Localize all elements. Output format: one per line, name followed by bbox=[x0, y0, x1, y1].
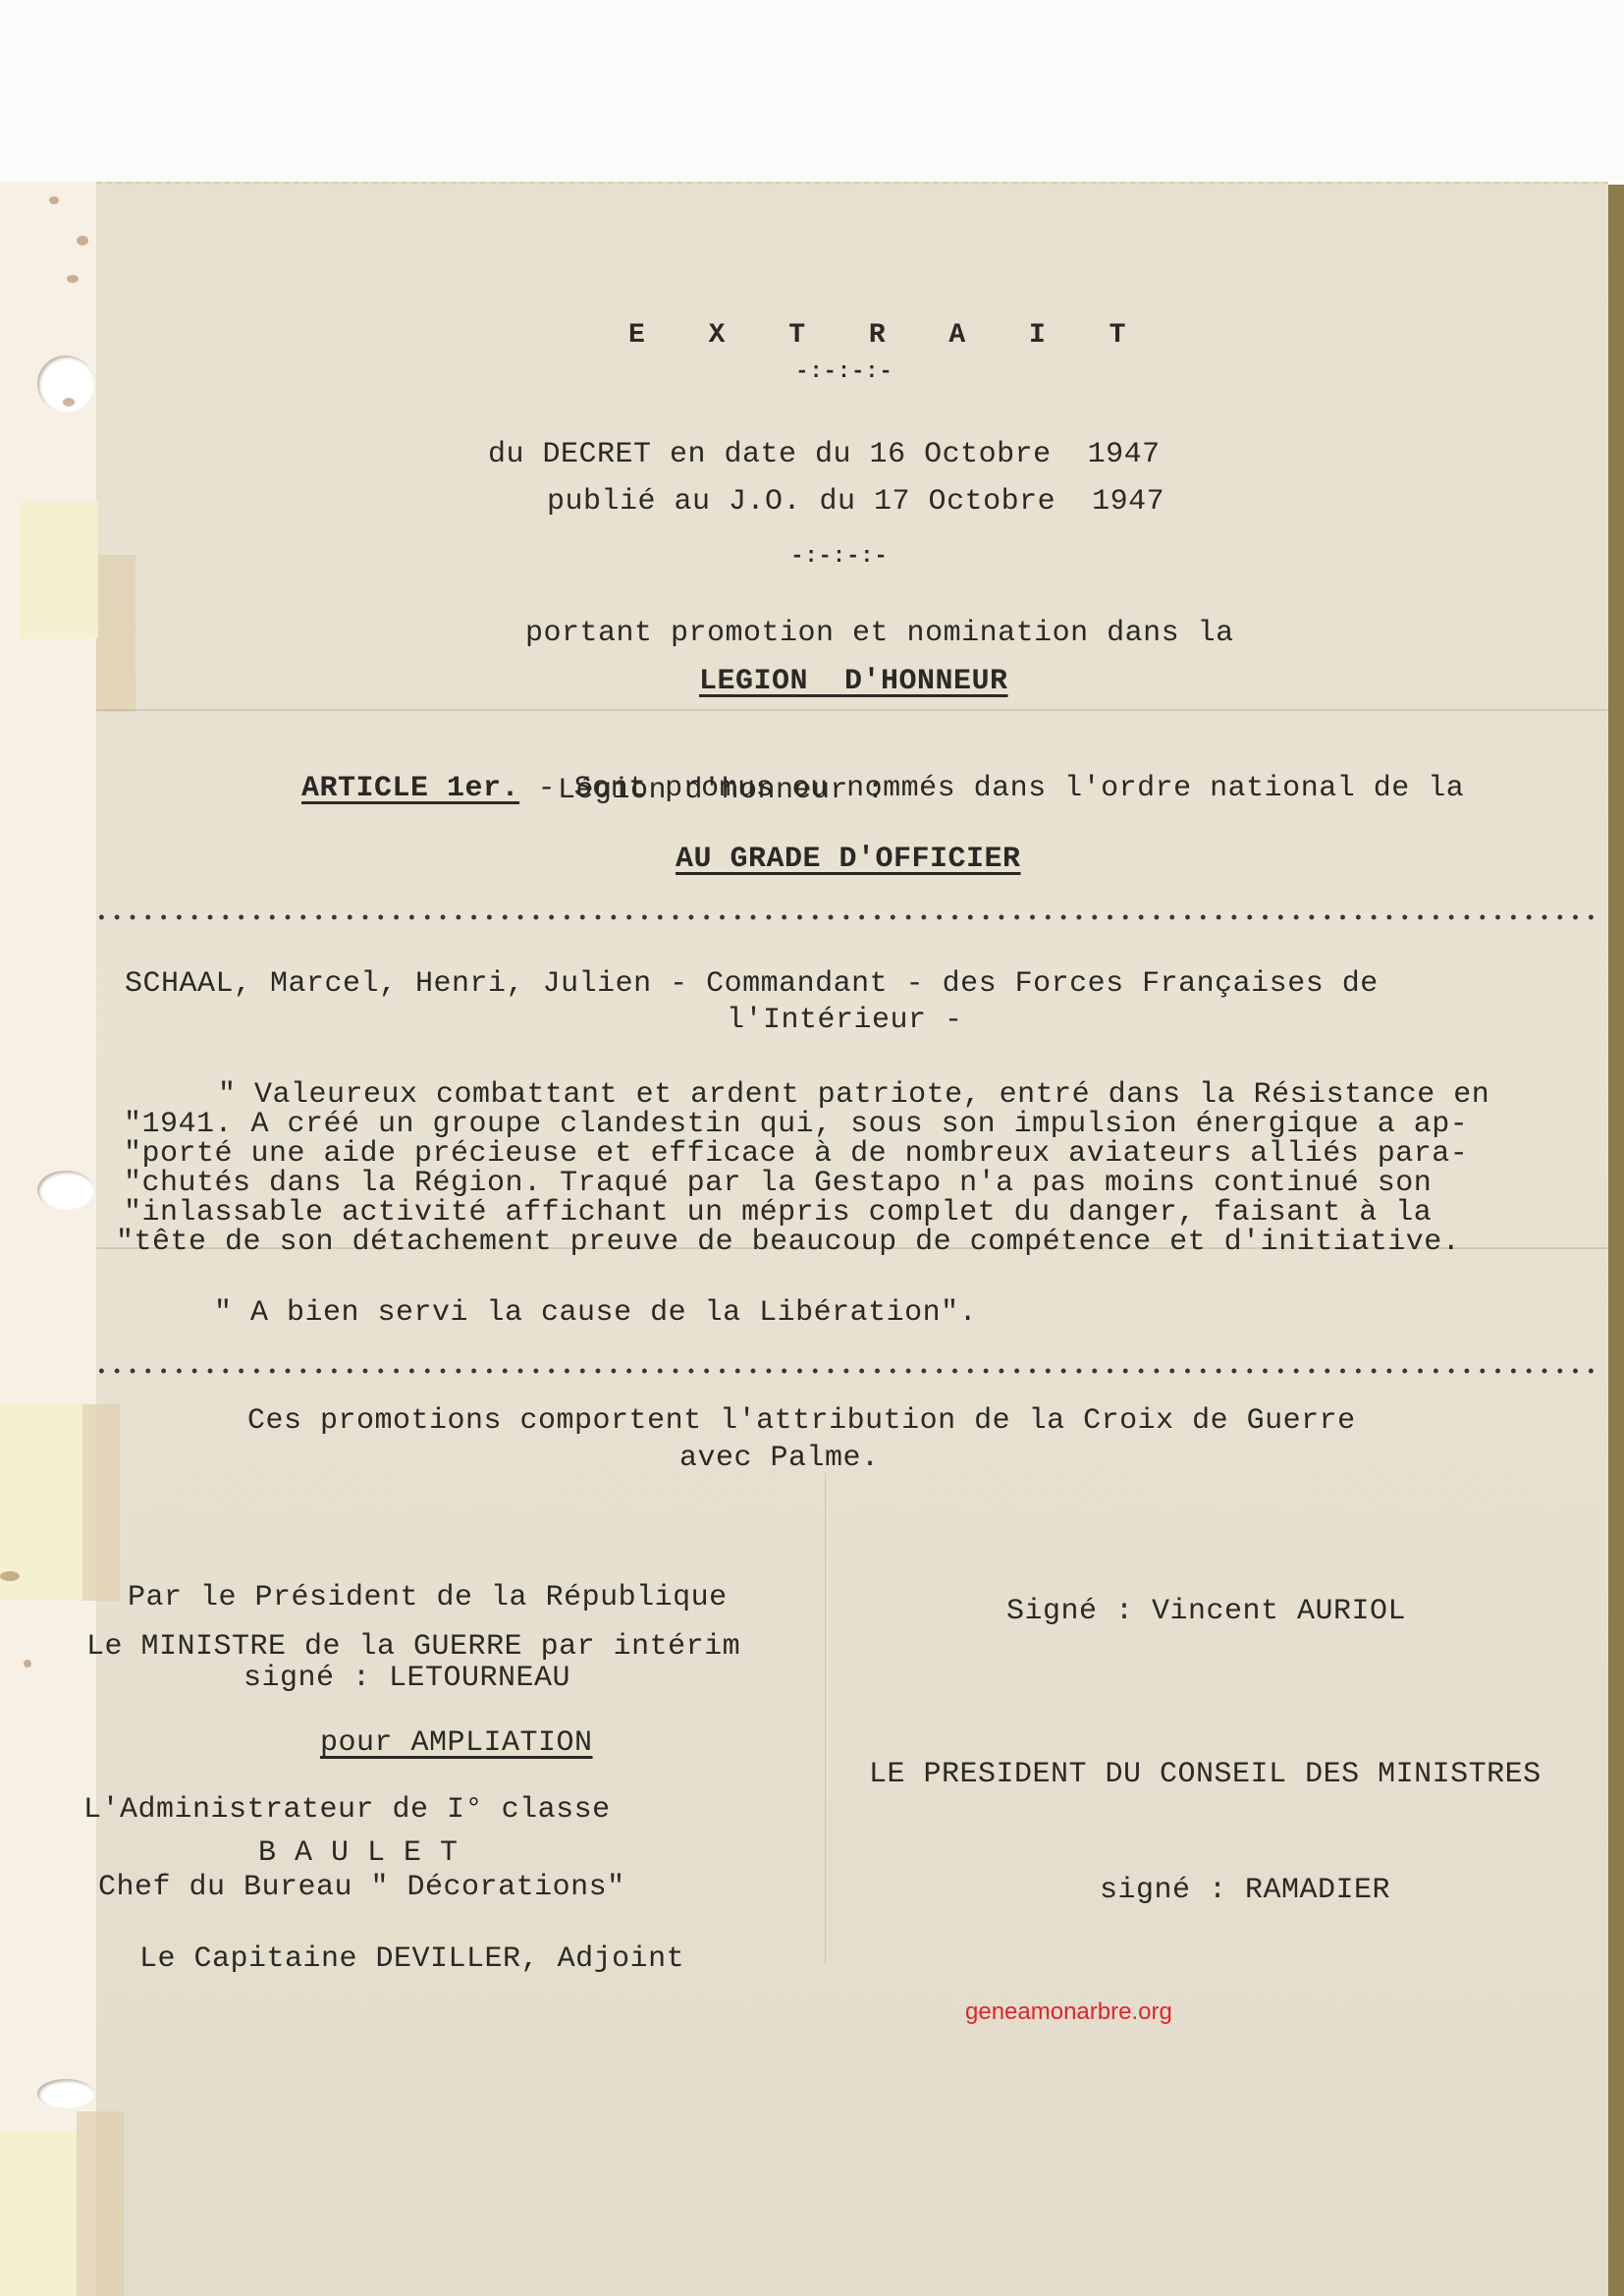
croix-de-guerre-line: Ces promotions comportent l'attribution … bbox=[247, 1404, 1356, 1438]
foxing-stain bbox=[63, 398, 75, 407]
citation-conclusion: " A bien servi la cause de la Libération… bbox=[214, 1296, 977, 1330]
ministre-guerre: Le MINISTRE de la GUERRE par intérim bbox=[86, 1630, 740, 1664]
article-text-continued: Légion d'honneur : bbox=[558, 774, 885, 807]
baulet-name: B A U L E T bbox=[258, 1836, 459, 1870]
grade-heading: AU GRADE D'OFFICIER bbox=[676, 843, 1021, 876]
bureau-title: Chef du Bureau " Décorations" bbox=[98, 1871, 625, 1904]
letourneau-signature: signé : LETOURNEAU bbox=[244, 1662, 570, 1695]
punch-hole bbox=[37, 1171, 94, 1210]
citation-line: "porté une aide précieuse et efficace à … bbox=[124, 1137, 1468, 1171]
citation-line: "1941. A créé un groupe clandestin qui, … bbox=[124, 1108, 1468, 1141]
binder-backsheet bbox=[0, 182, 98, 2296]
ornament: -:-:-:- bbox=[727, 355, 962, 389]
foxing-stain bbox=[24, 1660, 31, 1667]
par-le-president: Par le Président de la République bbox=[128, 1581, 728, 1614]
administrator-title: L'Administrateur de I° classe bbox=[83, 1793, 611, 1827]
tape-strip bbox=[0, 2131, 77, 2296]
deviller-adjoint: Le Capitaine DEVILLER, Adjoint bbox=[139, 1942, 684, 1976]
article-label: ARTICLE 1er. bbox=[301, 772, 519, 805]
citation-line: "tête de son détachement preuve de beauc… bbox=[116, 1226, 1460, 1259]
center-crease bbox=[825, 1473, 826, 1964]
paper-fold bbox=[96, 709, 1608, 711]
watermark-text: geneamonarbre.org bbox=[965, 1998, 1172, 2026]
tape-strip bbox=[81, 1404, 120, 1601]
citation-line: "inlassable activité affichant un mépris… bbox=[124, 1196, 1432, 1230]
foxing-stain bbox=[0, 1571, 20, 1581]
punch-hole bbox=[37, 2079, 94, 2108]
document-title: E X T R A I T bbox=[628, 319, 1100, 353]
dotted-separator: ••••••••••••••••••••••••••••••••••••••••… bbox=[96, 909, 1598, 929]
scan-background bbox=[0, 0, 1624, 182]
subject-line: portant promotion et nomination dans la bbox=[525, 617, 1234, 650]
publication-line: publié au J.O. du 17 Octobre 1947 bbox=[547, 485, 1164, 519]
ampliation-heading: pour AMPLIATION bbox=[320, 1726, 593, 1760]
council-president-title: LE PRESIDENT DU CONSEIL DES MINISTRES bbox=[869, 1758, 1542, 1791]
tape-strip bbox=[96, 555, 135, 712]
decree-date-line: du DECRET en date du 16 Octobre 1947 bbox=[488, 438, 1161, 471]
foxing-stain bbox=[77, 236, 88, 246]
croix-de-guerre-line-continued: avec Palme. bbox=[679, 1442, 880, 1475]
dotted-separator: ••••••••••••••••••••••••••••••••••••••••… bbox=[96, 1363, 1598, 1383]
auriol-signature: Signé : Vincent AURIOL bbox=[1006, 1595, 1406, 1628]
tape-strip bbox=[77, 2111, 124, 2296]
tape-strip bbox=[20, 501, 98, 638]
foxing-stain bbox=[67, 275, 79, 283]
citation-line: " Valeureux combattant et ardent patriot… bbox=[218, 1078, 1489, 1112]
recipient-line-continued: l'Intérieur - bbox=[727, 1004, 963, 1037]
citation-line: "chutés dans la Région. Traqué par la Ge… bbox=[124, 1167, 1432, 1200]
page-edge-strip bbox=[1608, 185, 1624, 2296]
ramadier-signature: signé : RAMADIER bbox=[1100, 1874, 1390, 1907]
order-name-heading: LEGION D'HONNEUR bbox=[699, 665, 1008, 698]
ornament: -:-:-:- bbox=[722, 540, 957, 574]
recipient-line: SCHAAL, Marcel, Henri, Julien - Commanda… bbox=[125, 967, 1379, 1001]
foxing-stain bbox=[49, 196, 59, 204]
